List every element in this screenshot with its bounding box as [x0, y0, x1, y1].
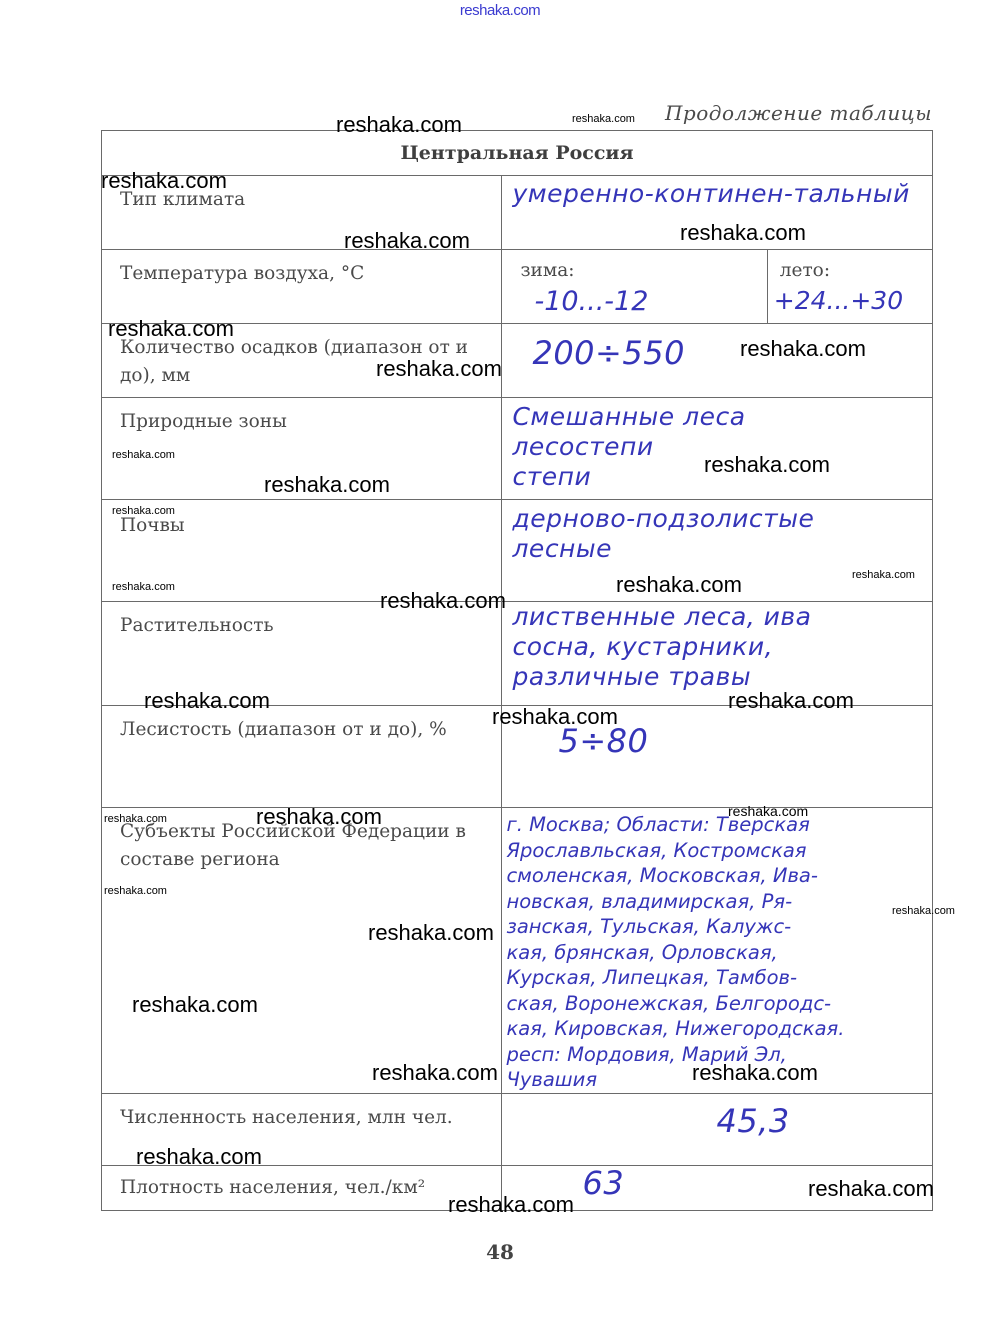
row-federal-subjects: Субъекты Российской Федерации в составе …: [102, 808, 933, 1094]
federal-subjects-line: занская, Тульская, Калужс-: [506, 914, 930, 940]
population-value: 45,3: [502, 1094, 932, 1136]
watermark: reshaka.com: [380, 590, 506, 612]
watermark: reshaka.com: [368, 922, 494, 944]
region-table: Центральная Россия Тип климата умеренно-…: [101, 130, 933, 1211]
watermark: reshaka.com: [448, 1194, 574, 1216]
vegetation-line: лиственные леса, ива: [512, 602, 924, 632]
watermark: reshaka.com: [112, 506, 175, 517]
natural-zones-value: Смешанные леса лесостепи степи: [502, 398, 932, 492]
row-natural-zones: Природные зоны Смешанные леса лесостепи …: [102, 398, 933, 500]
watermark: reshaka.com: [808, 1178, 934, 1200]
watermark: reshaka.com: [892, 906, 955, 917]
site-watermark-top: reshaka.com: [0, 2, 1000, 19]
watermark: reshaka.com: [572, 114, 635, 125]
federal-subjects-line: кая, брянская, Орловская,: [506, 940, 930, 966]
watermark: reshaka.com: [132, 994, 258, 1016]
watermark: reshaka.com: [728, 690, 854, 712]
watermark: reshaka.com: [616, 574, 742, 596]
soils-line: лесные: [512, 534, 924, 564]
natural-zones-line: Смешанные леса: [512, 402, 924, 432]
federal-subjects-value: г. Москва; Области: Тверская Ярославльск…: [502, 808, 932, 1093]
watermark: reshaka.com: [492, 706, 618, 728]
watermark: reshaka.com: [136, 1146, 262, 1168]
table-continuation-caption: Продолжение таблицы: [665, 101, 932, 125]
watermark: reshaka.com: [372, 1062, 498, 1084]
summer-value: +24...+30: [768, 282, 932, 315]
watermark: reshaka.com: [680, 222, 806, 244]
watermark: reshaka.com: [740, 338, 866, 360]
federal-subjects-line: г. Москва; Области: Тверская: [506, 812, 930, 838]
summer-label: лето:: [768, 250, 932, 282]
vegetation-value: лиственные леса, ива сосна, кустарники, …: [502, 602, 932, 692]
watermark: reshaka.com: [104, 886, 167, 897]
climate-value: умеренно-континен-тальный: [502, 176, 932, 210]
soils-line: дерново-подзолистые: [512, 504, 924, 534]
natural-zones-label: Природные зоны: [102, 398, 501, 436]
watermark: reshaka.com: [256, 806, 382, 828]
watermark: reshaka.com: [852, 570, 915, 581]
watermark: reshaka.com: [704, 454, 830, 476]
federal-subjects-line: Ярославльская, Костромская: [506, 838, 930, 864]
watermark: reshaka.com: [112, 450, 175, 461]
vegetation-line: сосна, кустарники,: [512, 632, 924, 662]
federal-subjects-line: кая, Кировская, Нижегородская.: [506, 1016, 930, 1042]
row-soils: Почвы дерново-подзолистые лесные: [102, 500, 933, 602]
winter-value: -10...-12: [502, 282, 766, 317]
watermark: reshaka.com: [728, 806, 808, 817]
temperature-label: Температура воздуха, °С: [102, 250, 501, 288]
row-temperature: Температура воздуха, °С зима: -10...-12 …: [102, 250, 933, 324]
winter-label: зима:: [502, 250, 766, 282]
watermark: reshaka.com: [344, 230, 470, 252]
watermark: reshaka.com: [101, 170, 227, 192]
federal-subjects-line: Курская, Липецкая, Тамбов-: [506, 965, 930, 991]
watermark: reshaka.com: [336, 114, 462, 136]
watermark: reshaka.com: [104, 814, 167, 825]
population-label: Численность населения, млн чел.: [102, 1094, 501, 1132]
density-label: Плотность населения, чел./км²: [102, 1166, 501, 1202]
federal-subjects-line: новская, владимирская, Ря-: [506, 889, 930, 915]
federal-subjects-line: смоленская, Московская, Ива-: [506, 863, 930, 889]
watermark: reshaka.com: [264, 474, 390, 496]
precipitation-value: 200÷550: [502, 324, 932, 368]
watermark: reshaka.com: [376, 358, 502, 380]
watermark: reshaka.com: [692, 1062, 818, 1084]
soils-value: дерново-подзолистые лесные: [502, 500, 932, 564]
watermark: reshaka.com: [112, 582, 175, 593]
federal-subjects-line: ская, Воронежская, Белгородс-: [506, 991, 930, 1017]
watermark: reshaka.com: [144, 690, 270, 712]
page-number: 48: [0, 1240, 1000, 1264]
vegetation-line: различные травы: [512, 662, 924, 692]
watermark: reshaka.com: [108, 318, 234, 340]
